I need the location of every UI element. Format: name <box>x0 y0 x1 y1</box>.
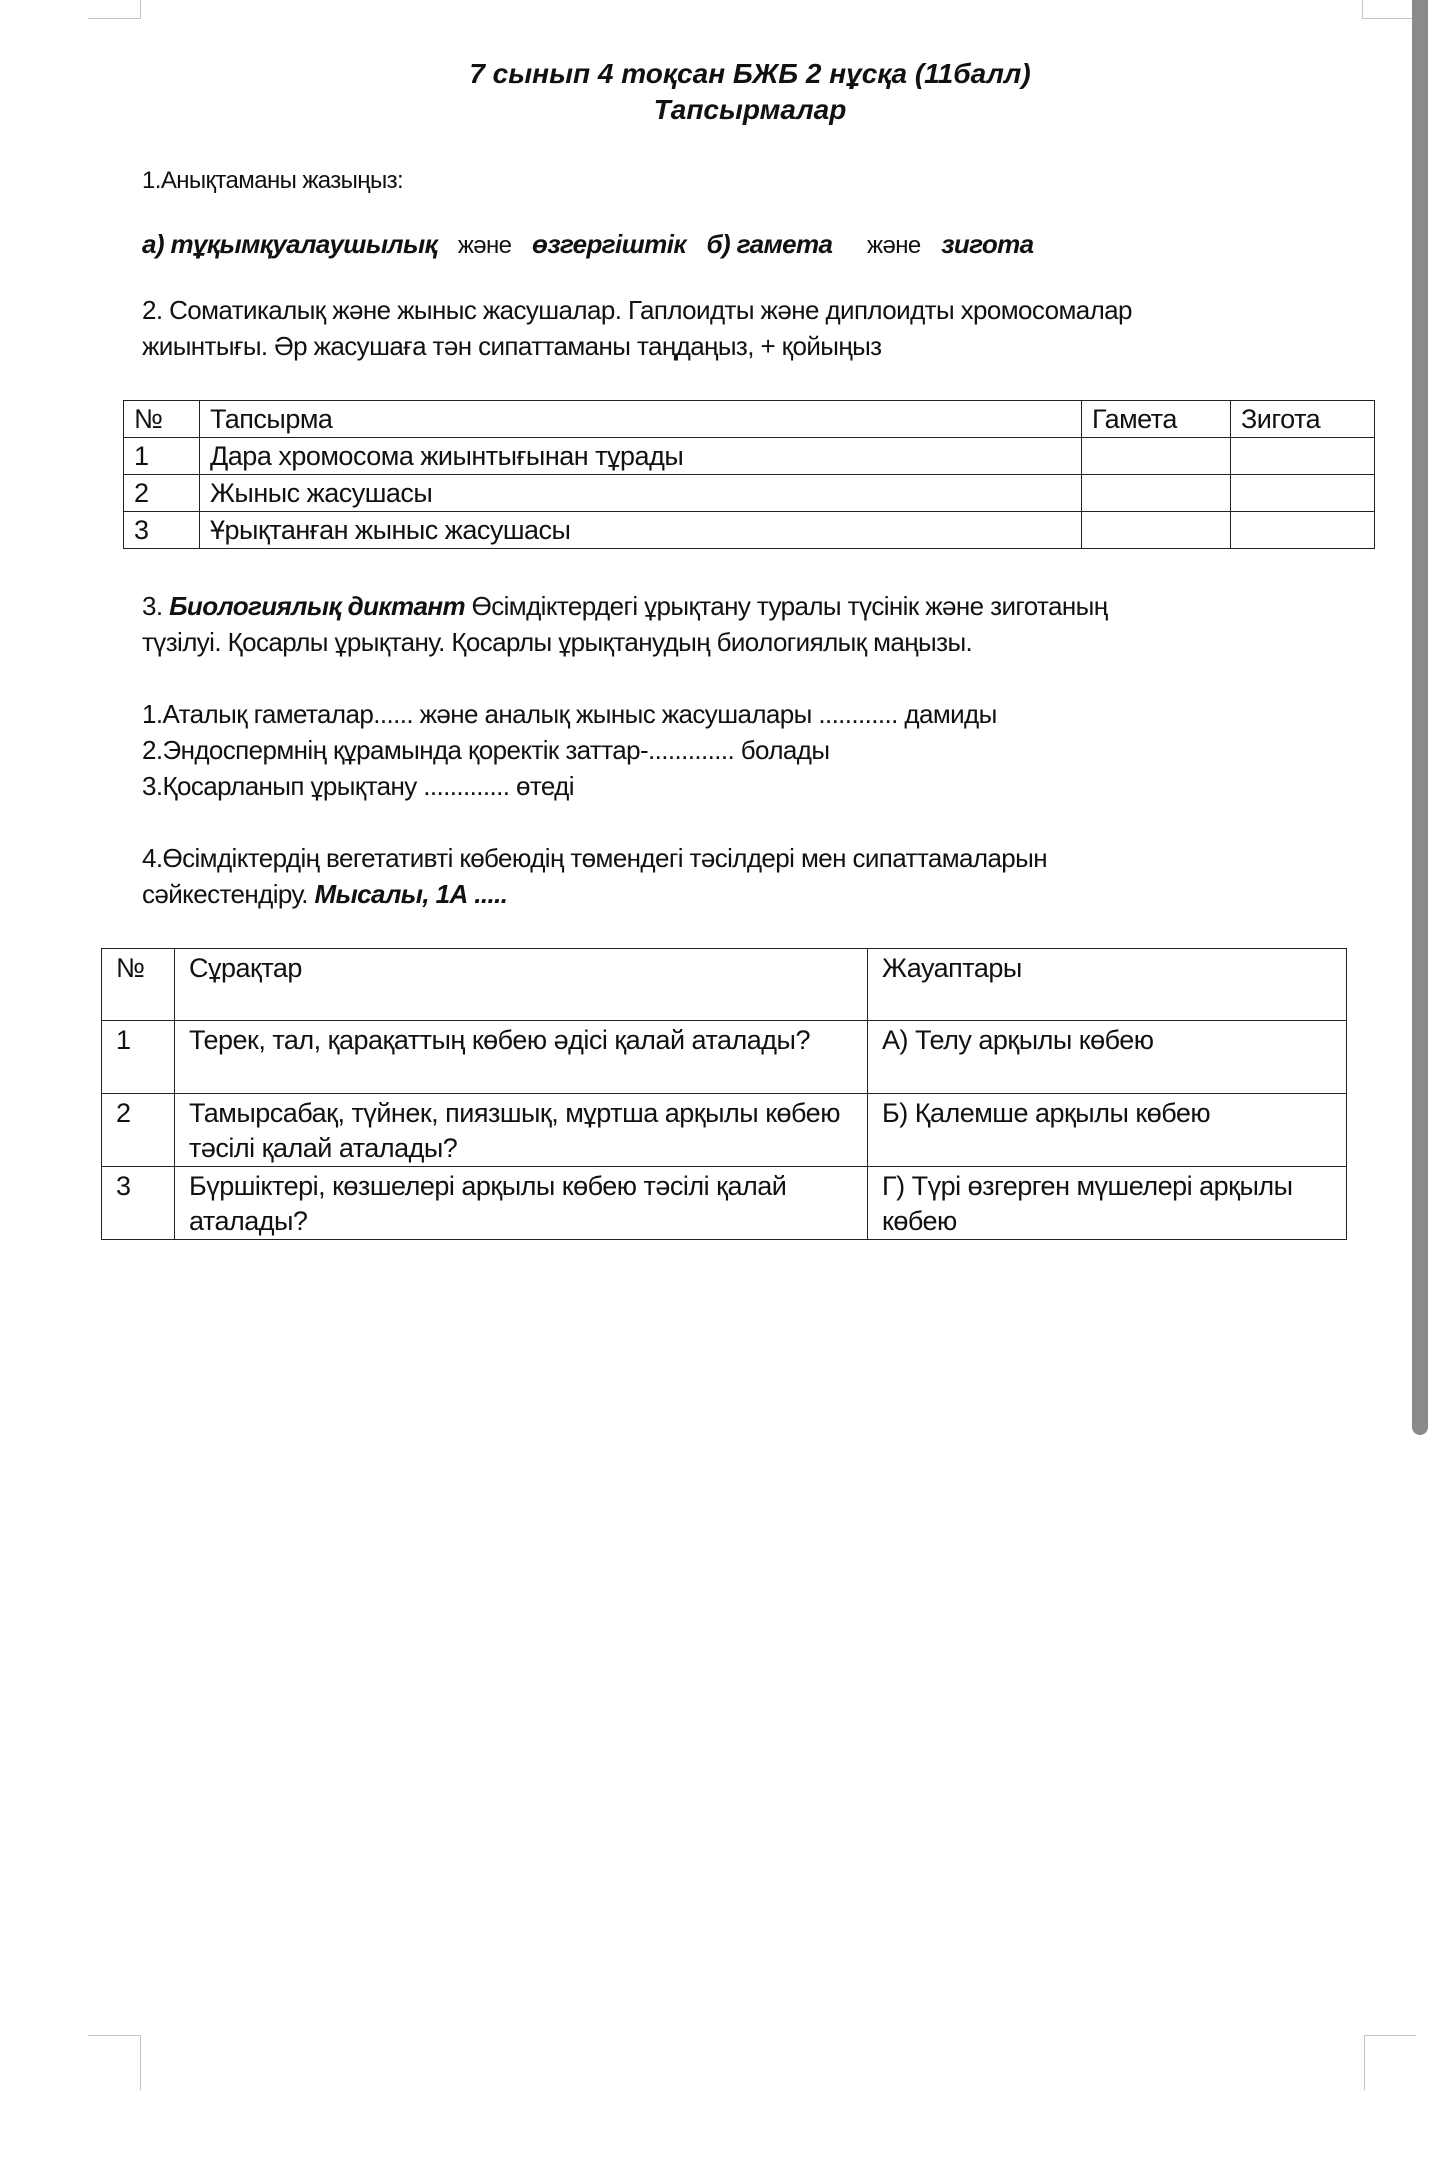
gameta-cell[interactable] <box>1082 475 1231 512</box>
header-task: Тапсырма <box>200 401 1082 438</box>
zigota-cell[interactable] <box>1231 512 1375 549</box>
row-num: 3 <box>102 1167 175 1240</box>
gameta-cell[interactable] <box>1082 512 1231 549</box>
crop-mark-bottom-right <box>1364 2035 1365 2090</box>
crop-mark-bottom-right <box>1364 2035 1416 2036</box>
zigota-cell[interactable] <box>1231 475 1375 512</box>
vertical-scrollbar[interactable] <box>1412 0 1428 1435</box>
row-answer: А) Телу арқылы көбею <box>868 1021 1347 1094</box>
dictation-item: 1.Аталық гаметалар...... және аналық жын… <box>142 696 997 732</box>
table-row: 2 Тамырсабақ, түйнек, пиязшық, мұртша ар… <box>102 1094 1347 1167</box>
dictation-item: 3.Қосарланып ұрықтану ............. өтед… <box>142 768 574 804</box>
task3-line2: түзілуі. Қосарлы ұрықтану. Қосарлы ұрықт… <box>142 624 972 660</box>
conjunction: және <box>867 232 921 259</box>
crop-mark-top-left <box>140 0 141 19</box>
row-task: Дара хромосома жиынтығынан тұрады <box>200 438 1082 475</box>
header-zigota: Зигота <box>1231 401 1375 438</box>
task1-heading: 1.Анықтаманы жазыңыз: <box>142 163 403 199</box>
conjunction: және <box>458 232 512 259</box>
task4-line2: сәйкестендіру. Мысалы, 1А ..... <box>142 876 507 912</box>
crop-mark-top-left <box>88 18 140 19</box>
row-task: Ұрықтанған жыныс жасушасы <box>200 512 1082 549</box>
row-answer: Б) Қалемше арқылы көбею <box>868 1094 1347 1167</box>
header-gameta: Гамета <box>1082 401 1231 438</box>
task3-line1-rest: Өсімдіктердегі ұрықтану туралы түсінік ж… <box>472 591 1108 621</box>
vegetative-reproduction-table: № Сұрақтар Жауаптары 1 Терек, тал, қарақ… <box>101 948 1347 1240</box>
row-answer: Г) Түрі өзгерген мүшелері арқылы көбею <box>868 1167 1347 1240</box>
header-questions: Сұрақтар <box>175 949 868 1021</box>
header-num: № <box>102 949 175 1021</box>
table-row: 1 Дара хромосома жиынтығынан тұрады <box>124 438 1375 475</box>
crop-mark-top-right <box>1362 0 1363 19</box>
dictation-item: 2.Эндоспермнің құрамында қоректік заттар… <box>142 732 829 768</box>
term-a2: өзгергіштік <box>532 229 686 259</box>
header-num: № <box>124 401 200 438</box>
header-answers: Жауаптары <box>868 949 1347 1021</box>
task3-bold-title: Биологиялық диктант <box>169 591 465 621</box>
row-question: Терек, тал, қарақаттың көбею әдісі қалай… <box>175 1021 868 1094</box>
zigota-cell[interactable] <box>1231 438 1375 475</box>
crop-mark-bottom-left <box>88 2035 140 2036</box>
gameta-cell[interactable] <box>1082 438 1231 475</box>
row-question: Тамырсабақ, түйнек, пиязшық, мұртша арқы… <box>175 1094 868 1167</box>
task4-line1: 4.Өсімдіктердің вегетативті көбеюдің төм… <box>142 840 1047 876</box>
task1-terms: а) тұқымқуалаушылық және өзгергіштік б) … <box>142 226 1034 264</box>
term-b2: зигота <box>941 229 1033 259</box>
row-num: 2 <box>124 475 200 512</box>
row-task: Жыныс жасушасы <box>200 475 1082 512</box>
task3-prefix: 3. <box>142 591 162 621</box>
task3-line1: 3. Биологиялық диктант Өсімдіктердегі ұр… <box>142 588 1107 624</box>
task2-line1: 2. Соматикалық және жыныс жасушалар. Гап… <box>142 292 1132 328</box>
row-num: 2 <box>102 1094 175 1167</box>
table-row: 1 Терек, тал, қарақаттың көбею әдісі қал… <box>102 1021 1347 1094</box>
table-header-row: № Тапсырма Гамета Зигота <box>124 401 1375 438</box>
table-row: 3 Ұрықтанған жыныс жасушасы <box>124 512 1375 549</box>
term-b: б) гамета <box>707 229 833 259</box>
gamete-zygote-table: № Тапсырма Гамета Зигота 1 Дара хромосом… <box>123 400 1375 549</box>
task4-line2-plain: сәйкестендіру. <box>142 879 308 909</box>
table-row: 3 Бүршіктері, көзшелері арқылы көбею тәс… <box>102 1167 1347 1240</box>
row-question: Бүршіктері, көзшелері арқылы көбею тәсіл… <box>175 1167 868 1240</box>
term-a: а) тұқымқуалаушылық <box>142 229 437 259</box>
row-num: 3 <box>124 512 200 549</box>
crop-mark-top-right <box>1362 18 1412 19</box>
table-header-row: № Сұрақтар Жауаптары <box>102 949 1347 1021</box>
crop-mark-bottom-left <box>140 2035 141 2090</box>
row-num: 1 <box>102 1021 175 1094</box>
document-title: 7 сынып 4 тоқсан БЖБ 2 нұсқа (11балл) <box>0 56 1440 92</box>
row-num: 1 <box>124 438 200 475</box>
document-subtitle: Тапсырмалар <box>0 92 1440 128</box>
task4-example: Мысалы, 1А ..... <box>315 879 508 909</box>
task2-line2: жиынтығы. Әр жасушаға тән сипаттаманы та… <box>142 328 882 364</box>
table-row: 2 Жыныс жасушасы <box>124 475 1375 512</box>
